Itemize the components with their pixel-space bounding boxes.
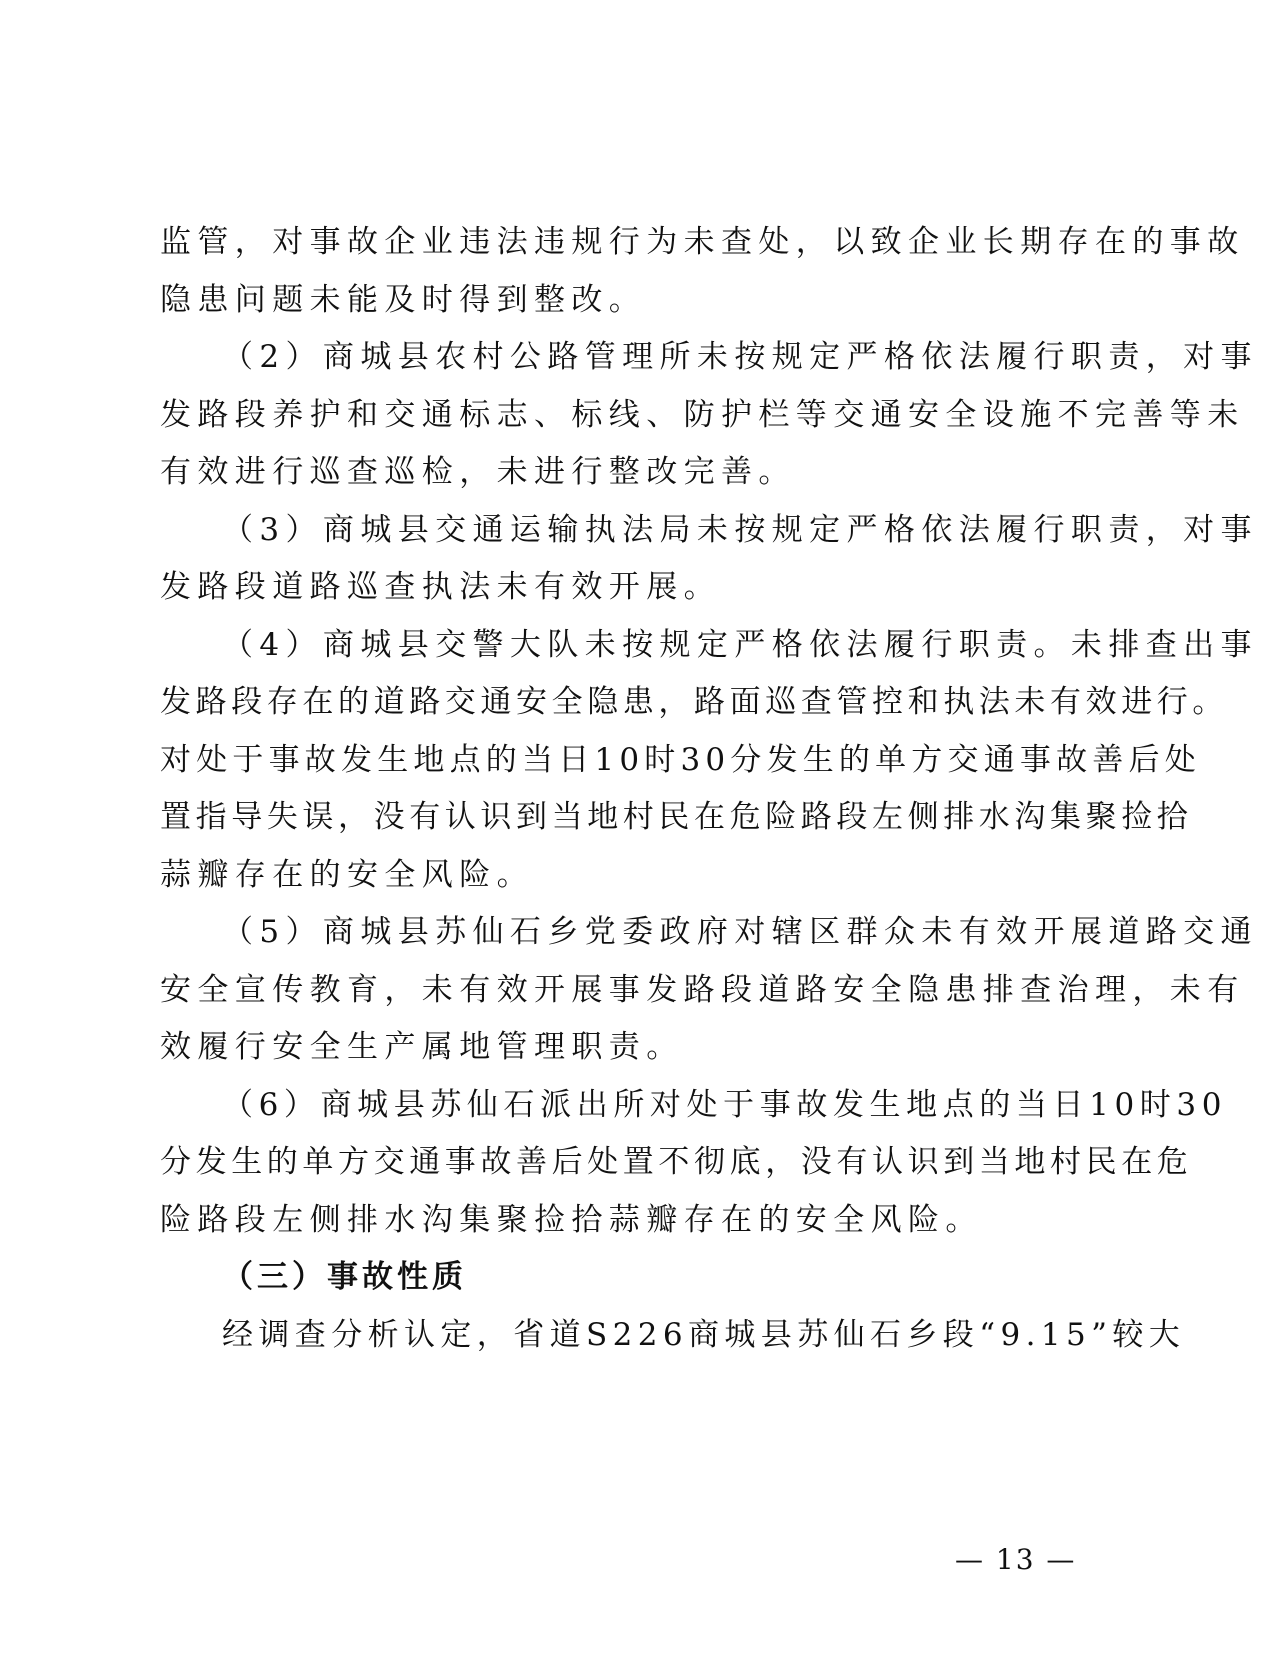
list-item-2: （2）商城县农村公路管理所未按规定严格依法履行职责，对事	[222, 337, 1258, 377]
text-line: 发路段道路巡查执法未有效开展。	[160, 567, 721, 607]
text-line: 对处于事故发生地点的当日10时30分发生的单方交通事故善后处	[160, 740, 1201, 780]
text-line: 分发生的单方交通事故善后处置不彻底，没有认识到当地村民在危	[160, 1142, 1192, 1182]
text-line: 有效进行巡查巡检，未进行整改完善。	[160, 452, 796, 492]
list-item-6: （6）商城县苏仙石派出所对处于事故发生地点的当日10时30	[222, 1085, 1227, 1125]
text-line: 隐患问题未能及时得到整改。	[160, 280, 646, 320]
text-line: 发路段存在的道路交通安全隐患，路面巡查管控和执法未有效进行。	[160, 682, 1228, 722]
text-line: 安全宣传教育，未有效开展事发路段道路安全隐患排查治理，未有	[160, 970, 1245, 1010]
document-page: 监管，对事故企业违法违规行为未查处，以致企业长期存在的事故 隐患问题未能及时得到…	[0, 0, 1280, 1656]
text-line: 蒜瓣存在的安全风险。	[160, 855, 534, 895]
list-item-4: （4）商城县交警大队未按规定严格依法履行职责。未排查出事	[222, 625, 1258, 665]
text-line: 监管，对事故企业违法违规行为未查处，以致企业长期存在的事故	[160, 222, 1245, 262]
text-line: 效履行安全生产属地管理职责。	[160, 1027, 684, 1067]
text-line: 置指导失误，没有认识到当地村民在危险路段左侧排水沟集聚捡拾	[160, 797, 1192, 837]
page-number: — 13 —	[955, 1540, 1076, 1580]
list-item-3: （3）商城县交通运输执法局未按规定严格依法履行职责，对事	[222, 510, 1258, 550]
text-line: 险路段左侧排水沟集聚捡拾蒜瓣存在的安全风险。	[160, 1200, 983, 1240]
text-line: 发路段养护和交通标志、标线、防护栏等交通安全设施不完善等未	[160, 395, 1245, 435]
paragraph-text: 经调查分析认定，省道S226商城县苏仙石乡段“9.15”较大	[222, 1315, 1185, 1355]
list-item-5: （5）商城县苏仙石乡党委政府对辖区群众未有效开展道路交通	[222, 912, 1258, 952]
section-heading: （三）事故性质	[222, 1257, 467, 1297]
